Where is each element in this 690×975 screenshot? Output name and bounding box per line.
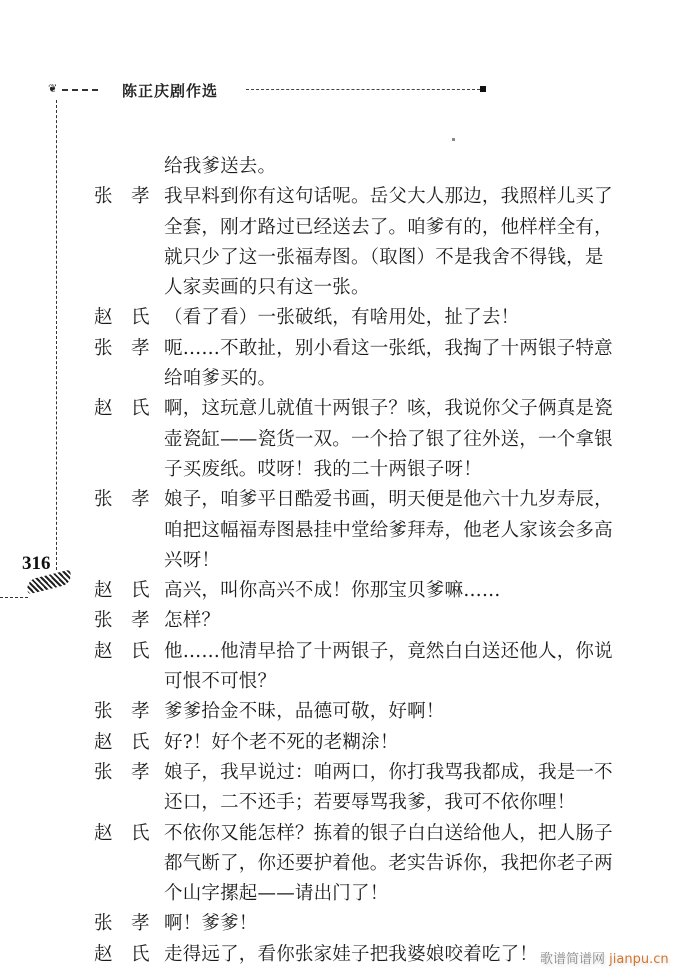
dialogue-line: 兴呀！ [94,546,654,576]
speaker-name-second-char: 氏 [131,940,150,970]
dialogue-text: 兴呀！ [164,546,220,576]
script-body: 给我爹送去。张孝我早料到你有这句话呢。岳父大人那边，我照样儿买了全套，刚才路过已… [94,152,654,970]
speaker-name-second-char: 氏 [131,637,150,667]
speaker-name-second-char: 孝 [131,909,150,939]
speaker-name-first-char: 赵 [94,576,113,606]
watermark-domain: jianpu.cn [609,952,668,967]
dialogue-text: 走得远了，看你张家娃子把我婆娘咬着吃了！ [164,940,538,970]
dialogue-text: 啊！爹爹！ [164,909,258,939]
dialogue-line: 赵氏高兴，叫你高兴不成！你那宝贝爹嘛…… [94,576,654,606]
speaker-name-first-char: 张 [94,909,113,939]
flower-ornament-icon: ❦ [48,82,57,96]
speaker-name-first-char: 张 [94,485,113,515]
header-trailing-rule [246,89,480,90]
dialogue-text: 给我爹送去。 [164,152,276,182]
running-header: ❦ 陈正庆剧作选 [48,80,488,100]
dialogue-text: 全套，刚才路过已经送去了。咱爹有的，他样样全有， [164,213,613,243]
speaker-name-first-char: 赵 [94,728,113,758]
dialogue-line: 全套，刚才路过已经送去了。咱爹有的，他样样全有， [94,213,654,243]
dialogue-text: 还口，二不还手；若要辱骂我爹，我可不依你哩！ [164,788,575,818]
left-dashed-border [56,100,57,570]
speaker-name-second-char: 氏 [131,728,150,758]
speaker-name-second-char: 孝 [131,182,150,212]
dialogue-line: 赵氏（看了看）一张破纸，有啥用处，扯了去！ [94,303,654,333]
dialogue-line: 就只少了这一张福寿图。（取图）不是我舍不得钱，是 [94,243,654,273]
speaker-name-second-char: 氏 [131,394,150,424]
speaker-name-second-char: 氏 [131,576,150,606]
dialogue-text: 呃……不敢扯，别小看这一张纸，我掏了十两银子特意 [164,334,613,364]
dialogue-line: 给咱爹买的。 [94,364,654,394]
dialogue-line: 张孝爹爹拾金不昧，品德可敬，好啊！ [94,697,654,727]
speaker-name-first-char: 赵 [94,303,113,333]
speaker-name-second-char: 孝 [131,606,150,636]
dialogue-text: 怎样？ [164,606,220,636]
dialogue-line: 张孝我早料到你有这句话呢。岳父大人那边，我照样儿买了 [94,182,654,212]
speaker-name-first-char: 张 [94,606,113,636]
dialogue-line: 赵氏他……他清早拾了十两银子，竟然白白送还他人，你说 [94,637,654,667]
dialogue-line: 张孝娘子，我早说过：咱两口，你打我骂我都成，我是一不 [94,758,654,788]
header-dash-rule [62,89,98,91]
dialogue-text: 就只少了这一张福寿图。（取图）不是我舍不得钱，是 [164,243,604,273]
dialogue-line: 张孝呃……不敢扯，别小看这一张纸，我掏了十两银子特意 [94,334,654,364]
dialogue-text: 个山字摞起——请出门了！ [164,879,388,909]
dialogue-line: 个山字摞起——请出门了！ [94,879,654,909]
dialogue-line: 子买废纸。哎呀！我的二十两银子呀！ [94,455,654,485]
dialogue-line: 赵氏不依你又能怎样？拣着的银子白白送给他人，把人肠子 [94,819,654,849]
book-title: 陈正庆剧作选 [122,80,218,101]
dialogue-line: 赵氏好?！好个老不死的老糊涂！ [94,728,654,758]
speaker-name-first-char: 赵 [94,940,113,970]
bottom-left-dashed-border [0,597,28,598]
speaker-name-first-char: 张 [94,334,113,364]
dialogue-line: 张孝怎样？ [94,606,654,636]
dialogue-text: （看了看）一张破纸，有啥用处，扯了去！ [164,303,519,333]
dialogue-line: 咱把这幅福寿图悬挂中堂给爹拜寿，他老人家该会多高 [94,516,654,546]
dialogue-text: 壶瓷缸——瓷货一双。一个拾了银了往外送，一个拿银 [164,425,613,455]
dialogue-line: 壶瓷缸——瓷货一双。一个拾了银了往外送，一个拿银 [94,425,654,455]
dialogue-text: 他……他清早拾了十两银子，竟然白白送还他人，你说 [164,637,613,667]
dialogue-text: 我早料到你有这句话呢。岳父大人那边，我照样儿买了 [164,182,613,212]
dialogue-line: 张孝娘子，咱爹平日酷爱书画，明天便是他六十九岁寿辰， [94,485,654,515]
speaker-name-first-char: 张 [94,697,113,727]
dialogue-line: 还口，二不还手；若要辱骂我爹，我可不依你哩！ [94,788,654,818]
speaker-name-second-char: 孝 [131,758,150,788]
watermark-site-name: 歌谱简谱网 [540,952,605,967]
dialogue-line: 可恨不可恨？ [94,667,654,697]
dialogue-text: 可恨不可恨？ [164,667,276,697]
speaker-name-second-char: 孝 [131,334,150,364]
dialogue-text: 高兴，叫你高兴不成！你那宝贝爹嘛…… [164,576,501,606]
speaker-name-first-char: 赵 [94,819,113,849]
dialogue-text: 都气断了，你还要护着他。老实告诉你，我把你老子两 [164,849,613,879]
dialogue-text: 好?！好个老不死的老糊涂！ [164,728,399,758]
dialogue-text: 子买废纸。哎呀！我的二十两银子呀！ [164,455,482,485]
header-end-square-icon [480,86,486,92]
dialogue-text: 不依你又能怎样？拣着的银子白白送给他人，把人肠子 [164,819,613,849]
speaker-name-first-char: 张 [94,182,113,212]
speaker-name-first-char: 赵 [94,394,113,424]
scan-speck [452,138,455,141]
speaker-name-first-char: 赵 [94,637,113,667]
dialogue-text: 咱把这幅福寿图悬挂中堂给爹拜寿，他老人家该会多高 [164,516,613,546]
speaker-name-second-char: 氏 [131,303,150,333]
dialogue-line: 赵氏啊，这玩意儿就值十两银子？咳，我说你父子俩真是瓷 [94,394,654,424]
dialogue-line: 人家卖画的只有这一张。 [94,273,654,303]
speaker-name-second-char: 氏 [131,819,150,849]
dialogue-text: 人家卖画的只有这一张。 [164,273,370,303]
dialogue-line: 都气断了，你还要护着他。老实告诉你，我把你老子两 [94,849,654,879]
dialogue-text: 娘子，咱爹平日酷爱书画，明天便是他六十九岁寿辰， [164,485,613,515]
dialogue-line: 张孝啊！爹爹！ [94,909,654,939]
dialogue-line: 给我爹送去。 [94,152,654,182]
page-number: 316 [22,553,51,575]
dialogue-text: 给咱爹买的。 [164,364,276,394]
dialogue-text: 啊，这玩意儿就值十两银子？咳，我说你父子俩真是瓷 [164,394,613,424]
watermark: 歌谱简谱网 jianpu.cn [540,948,669,967]
speaker-name-second-char: 孝 [131,485,150,515]
dialogue-text: 娘子，我早说过：咱两口，你打我骂我都成，我是一不 [164,758,613,788]
speaker-name-first-char: 张 [94,758,113,788]
dialogue-text: 爹爹拾金不昧，品德可敬，好啊！ [164,697,445,727]
speaker-name-second-char: 孝 [131,697,150,727]
